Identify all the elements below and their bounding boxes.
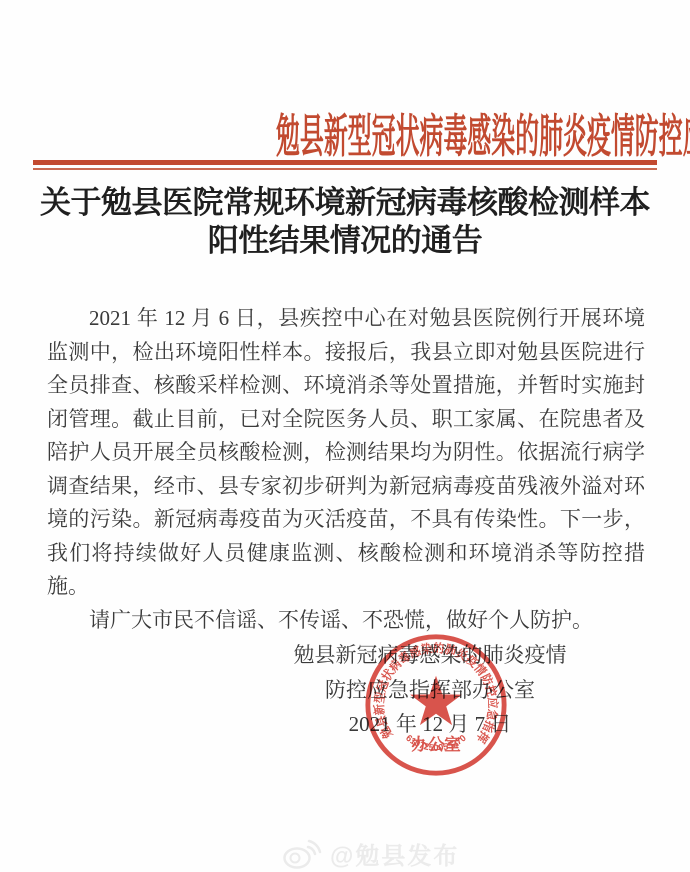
- letterhead-office-name: 勉县新型冠状病毒感染的肺炎疫情防控应急指挥部办公室: [276, 100, 690, 166]
- letterhead-double-rule: [33, 160, 657, 170]
- body-paragraph-2: 请广大市民不信谣、不传谣、不恐慌，做好个人防护。: [47, 604, 645, 638]
- rule-thick-line: [33, 160, 657, 165]
- document-title-line2: 阳性结果情况的通告: [0, 222, 690, 260]
- rule-thin-line: [33, 168, 657, 170]
- signature-block: 勉县新冠病毒感染的肺炎疫情 防控应急指挥部办公室 2021 年 12 月 7 日: [285, 638, 575, 742]
- body-paragraph-1: 2021 年 12 月 6 日，县疾控中心在对勉县医院例行开展环境监测中，检出环…: [47, 302, 645, 604]
- watermark-text: @勉县发布: [330, 836, 459, 871]
- letterhead-banner: 勉县新型冠状病毒感染的肺炎疫情防控应急指挥部办公室: [0, 100, 690, 166]
- scanned-official-notice: 勉县新型冠状病毒感染的肺炎疫情防控应急指挥部办公室 关于勉县医院常规环境新冠病毒…: [0, 0, 690, 872]
- signature-line2: 防控应急指挥部办公室: [285, 673, 575, 708]
- document-body: 2021 年 12 月 6 日，县疾控中心在对勉县医院例行开展环境监测中，检出环…: [47, 302, 645, 637]
- document-title: 关于勉县医院常规环境新冠病毒核酸检测样本 阳性结果情况的通告: [0, 184, 690, 260]
- weibo-watermark: @勉县发布: [282, 836, 459, 871]
- signature-date: 2021 年 12 月 7 日: [285, 707, 575, 742]
- document-title-line1: 关于勉县医院常规环境新冠病毒核酸检测样本: [0, 184, 690, 222]
- weibo-icon: [282, 838, 322, 870]
- signature-line1: 勉县新冠病毒感染的肺炎疫情: [285, 638, 575, 673]
